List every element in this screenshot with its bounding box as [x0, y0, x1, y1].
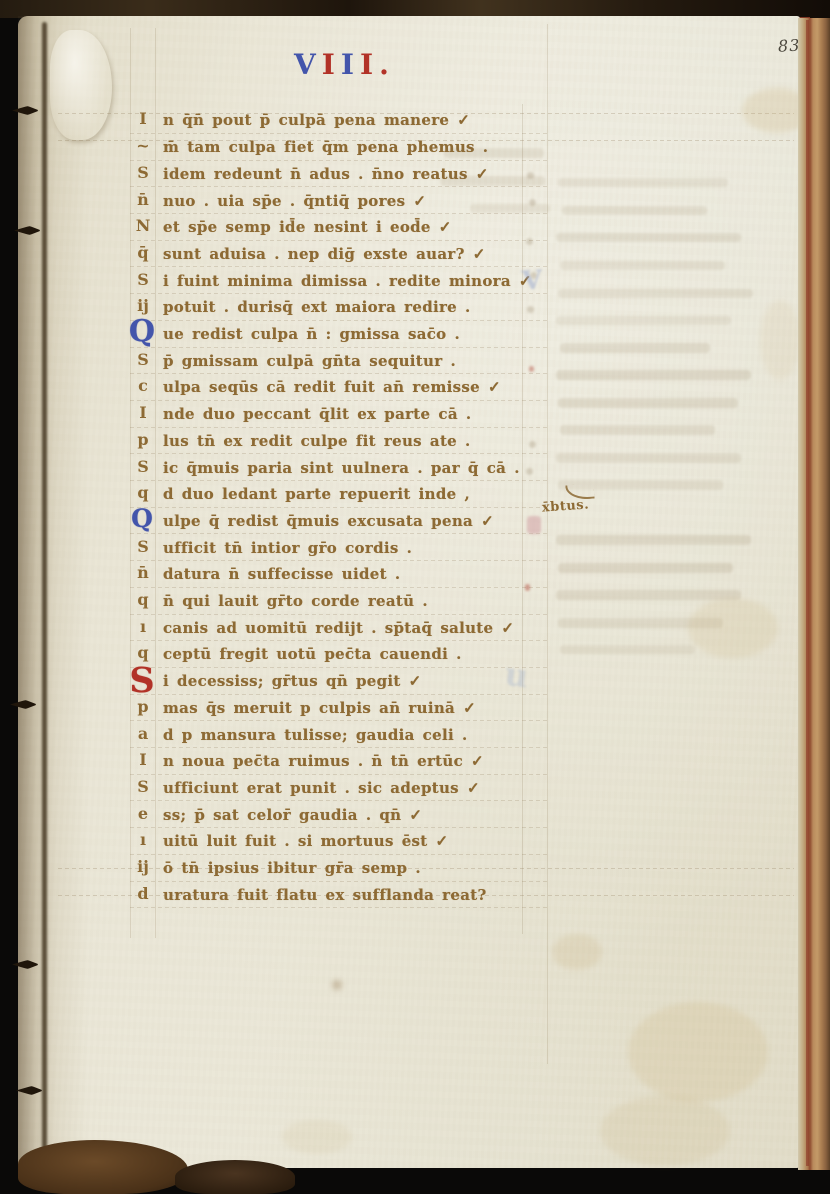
manuscript-line: qn̄ qui lauit gr̄to corde reatū . [130, 589, 570, 616]
line-text: i decessiss; gr̄tus qn̄ pegit ✓ [163, 672, 422, 690]
fore-edge-red-line [806, 20, 809, 1166]
manuscript-line: Si fuint minima dimissa . redite minora … [130, 269, 570, 296]
show-through-mark [560, 425, 715, 435]
line-text: d p mansura tulisse; gaudia celi . [163, 726, 468, 744]
show-through-pigment [527, 516, 541, 534]
line-text: n noua pec̄ta ruimus . n̄ tn̄ ertūc ✓ [163, 752, 484, 770]
line-text: n̄ qui lauit gr̄to corde reatū . [163, 592, 428, 610]
binding-leather [175, 1160, 295, 1194]
manuscript-line: Net sp̄e semp id̄e nesint i eod̄e ✓ [130, 215, 570, 242]
show-through-speck [527, 172, 534, 179]
line-text: nde duo peccant q̄lit ex parte cā . [163, 405, 471, 423]
heading-letter: . [379, 48, 395, 81]
line-initial: S [130, 777, 156, 796]
manuscript-line: ıuitū luit fuit . si mortuus ēst ✓ [130, 829, 570, 856]
line-initial: S [130, 270, 156, 289]
show-through-mark [558, 398, 738, 408]
stain [688, 598, 778, 658]
stain [760, 300, 800, 380]
manuscript-page: VIII. 83. In q̄n̄ pout p̄ culpā pena man… [18, 16, 800, 1168]
show-through-speck [526, 238, 533, 245]
line-text: ō tn̄ ipsius ibitur gr̄a semp . [163, 859, 421, 877]
line-initial: q [130, 590, 156, 609]
chapter-heading: VIII. [294, 48, 395, 81]
manuscript-line: n̄datura n̄ suffecisse uidet . [130, 562, 570, 589]
parchment-fold [50, 30, 112, 140]
line-text: ic q̄muis paria sint uulnera . par q̄ cā… [163, 459, 520, 477]
line-text: ulpe q̄ redist q̄muis excusata pena ✓ [163, 512, 494, 530]
manuscript-line: pmas q̄s meruit p culpis an̄ ruinā ✓ [130, 696, 570, 723]
manuscript-line: Qulpe q̄ redist q̄muis excusata pena ✓ [130, 509, 570, 536]
manuscript-line: qceptū fregit uotū pec̄ta cauendi . [130, 642, 570, 669]
line-initial: e [130, 804, 156, 823]
line-text: nuo . uia sp̄e . q̄ntiq̄ pores ✓ [163, 192, 426, 210]
gutter-crease [42, 22, 47, 1164]
show-through-mark [556, 535, 751, 545]
line-initial: ı [130, 830, 156, 849]
heading-letter: I [360, 48, 379, 81]
line-initial: q̄ [130, 243, 156, 262]
show-through-mark [560, 261, 725, 270]
manuscript-line: q̄sunt aduisa . nep diḡ exste auar? ✓ [130, 242, 570, 269]
stain [552, 934, 602, 970]
manuscript-line: plus tn̄ ex redit culpe fit reus ate . [130, 429, 570, 456]
manuscript-line: ijpotuit . durisq̄ ext maiora redire . [130, 295, 570, 322]
line-text: ufficit tn̄ intior gr̄o cordis . [163, 539, 412, 557]
manuscript-line: duratura fuit flatu ex sufflanda reat? [130, 883, 570, 910]
line-text: sunt aduisa . nep diḡ exste auar? ✓ [163, 245, 486, 263]
line-text: ulpa seqūs cā redit fuit an̄ remisse ✓ [163, 378, 501, 396]
manuscript-line: ess; p̄ sat celor̄ gaudia . qn̄ ✓ [130, 803, 570, 830]
show-through-mark [556, 316, 731, 325]
manuscript-line: qd duo ledant parte repuerit inde , [130, 482, 570, 509]
line-initial: d [130, 884, 156, 903]
manuscript-line: Sp̄ gmissam culpā gn̄ta sequitur . [130, 349, 570, 376]
line-initial: ı [130, 617, 156, 636]
stain [332, 980, 342, 990]
line-initial: Q [122, 314, 162, 349]
stain [282, 1120, 352, 1154]
show-through-mark [558, 480, 723, 490]
line-text: n q̄n̄ pout p̄ culpā pena manere ✓ [163, 111, 470, 129]
manuscript-line: Sic q̄muis paria sint uulnera . par q̄ c… [130, 456, 570, 483]
line-text: potuit . durisq̄ ext maiora redire . [163, 298, 471, 316]
line-initial: I [130, 750, 156, 769]
line-initial: Q [125, 504, 159, 533]
line-text: mas q̄s meruit p culpis an̄ ruinā ✓ [163, 699, 476, 717]
line-text: m̄ tam culpa fiet q̄m pena phemus . [163, 138, 488, 156]
manuscript-line: Que redist culpa n̄ : gmissa sac̄o . [130, 322, 570, 349]
manuscript-line: In noua pec̄ta ruimus . n̄ tn̄ ertūc ✓ [130, 749, 570, 776]
show-through-mark [560, 343, 710, 353]
line-initial: q [130, 483, 156, 502]
line-text: et sp̄e semp id̄e nesint i eod̄e ✓ [163, 218, 452, 236]
line-initial: S [130, 537, 156, 556]
line-initial: c [130, 376, 156, 395]
manuscript-line: ad p mansura tulisse; gaudia celi . [130, 723, 570, 750]
marginal-gloss: x̄btus. [542, 497, 590, 515]
line-initial: n̄ [130, 563, 156, 582]
line-text: ue redist culpa n̄ : gmissa sac̄o . [163, 325, 460, 343]
show-through-mark [558, 289, 753, 298]
show-through-speck [529, 199, 536, 206]
line-text: d duo ledant parte repuerit inde , [163, 485, 470, 503]
heading-letter: V [294, 48, 322, 81]
line-text: ufficiunt erat punit . sic adeptus ✓ [163, 779, 480, 797]
book-gutter [18, 16, 88, 1168]
show-through-mark [470, 204, 550, 213]
manuscript-line: In q̄n̄ pout p̄ culpā pena manere ✓ [130, 108, 570, 135]
manuscript-line: ıcanis ad uomitū redijt . sp̄taq̄ salute… [130, 616, 570, 643]
manuscript-line: Sufficiunt erat punit . sic adeptus ✓ [130, 776, 570, 803]
line-initial: ij [130, 857, 156, 876]
line-initial: S [130, 350, 156, 369]
line-initial: I [130, 109, 156, 128]
show-through-pigment [529, 366, 534, 372]
line-initial: p [130, 697, 156, 716]
line-initial: n̄ [130, 190, 156, 209]
line-initial: I [130, 403, 156, 422]
heading-letter: I [341, 48, 360, 81]
manuscript-photo: VIII. 83. In q̄n̄ pout p̄ culpā pena man… [0, 0, 830, 1194]
show-through-pigment [525, 584, 530, 591]
show-through-mark [444, 148, 544, 158]
line-text: i fuint minima dimissa . redite minora ✓ [163, 272, 532, 290]
line-text: datura n̄ suffecisse uidet . [163, 565, 400, 583]
line-text: p̄ gmissam culpā gn̄ta sequitur . [163, 352, 456, 370]
show-through-mark [558, 563, 733, 573]
line-initial: N [130, 216, 156, 235]
show-through-mark [562, 206, 707, 215]
show-through-speck [530, 272, 537, 279]
show-through-mark [556, 453, 741, 463]
line-initial: ij [130, 296, 156, 315]
manuscript-line: ijō tn̄ ipsius ibitur gr̄a semp . [130, 856, 570, 883]
manuscript-line: Si decessiss; gr̄tus qn̄ pegit ✓ [130, 669, 570, 696]
line-text: uitū luit fuit . si mortuus ēst ✓ [163, 832, 448, 850]
manuscript-line: culpa seqūs cā redit fuit an̄ remisse ✓ [130, 375, 570, 402]
line-initial: S [130, 163, 156, 182]
line-text: canis ad uomitū redijt . sp̄taq̄ salute … [163, 619, 514, 637]
manuscript-line: Sufficit tn̄ intior gr̄o cordis . [130, 536, 570, 563]
stain [628, 1002, 768, 1102]
show-through-mark [558, 178, 728, 187]
heading-letter: I [322, 48, 341, 81]
show-through-mark [556, 590, 741, 600]
book-fore-edge [798, 18, 830, 1170]
line-text: lus tn̄ ex redit culpe fit reus ate . [163, 432, 471, 450]
show-through-speck [527, 306, 534, 313]
stain [600, 1096, 730, 1166]
show-through-speck [529, 441, 536, 448]
show-through-mark [556, 233, 741, 242]
line-initial: ~ [130, 136, 156, 155]
line-text: ceptū fregit uotū pec̄ta cauendi . [163, 645, 462, 663]
show-through-speck [526, 468, 533, 475]
line-text: uratura fuit flatu ex sufflanda reat? [163, 886, 487, 904]
show-through-mark [556, 370, 751, 380]
manuscript-line: Inde duo peccant q̄lit ex parte cā . [130, 402, 570, 429]
line-initial: S [130, 457, 156, 476]
line-initial: p [130, 430, 156, 449]
line-initial: a [130, 724, 156, 743]
show-through-mark [560, 645, 695, 654]
line-text: ss; p̄ sat celor̄ gaudia . qn̄ ✓ [163, 806, 422, 824]
